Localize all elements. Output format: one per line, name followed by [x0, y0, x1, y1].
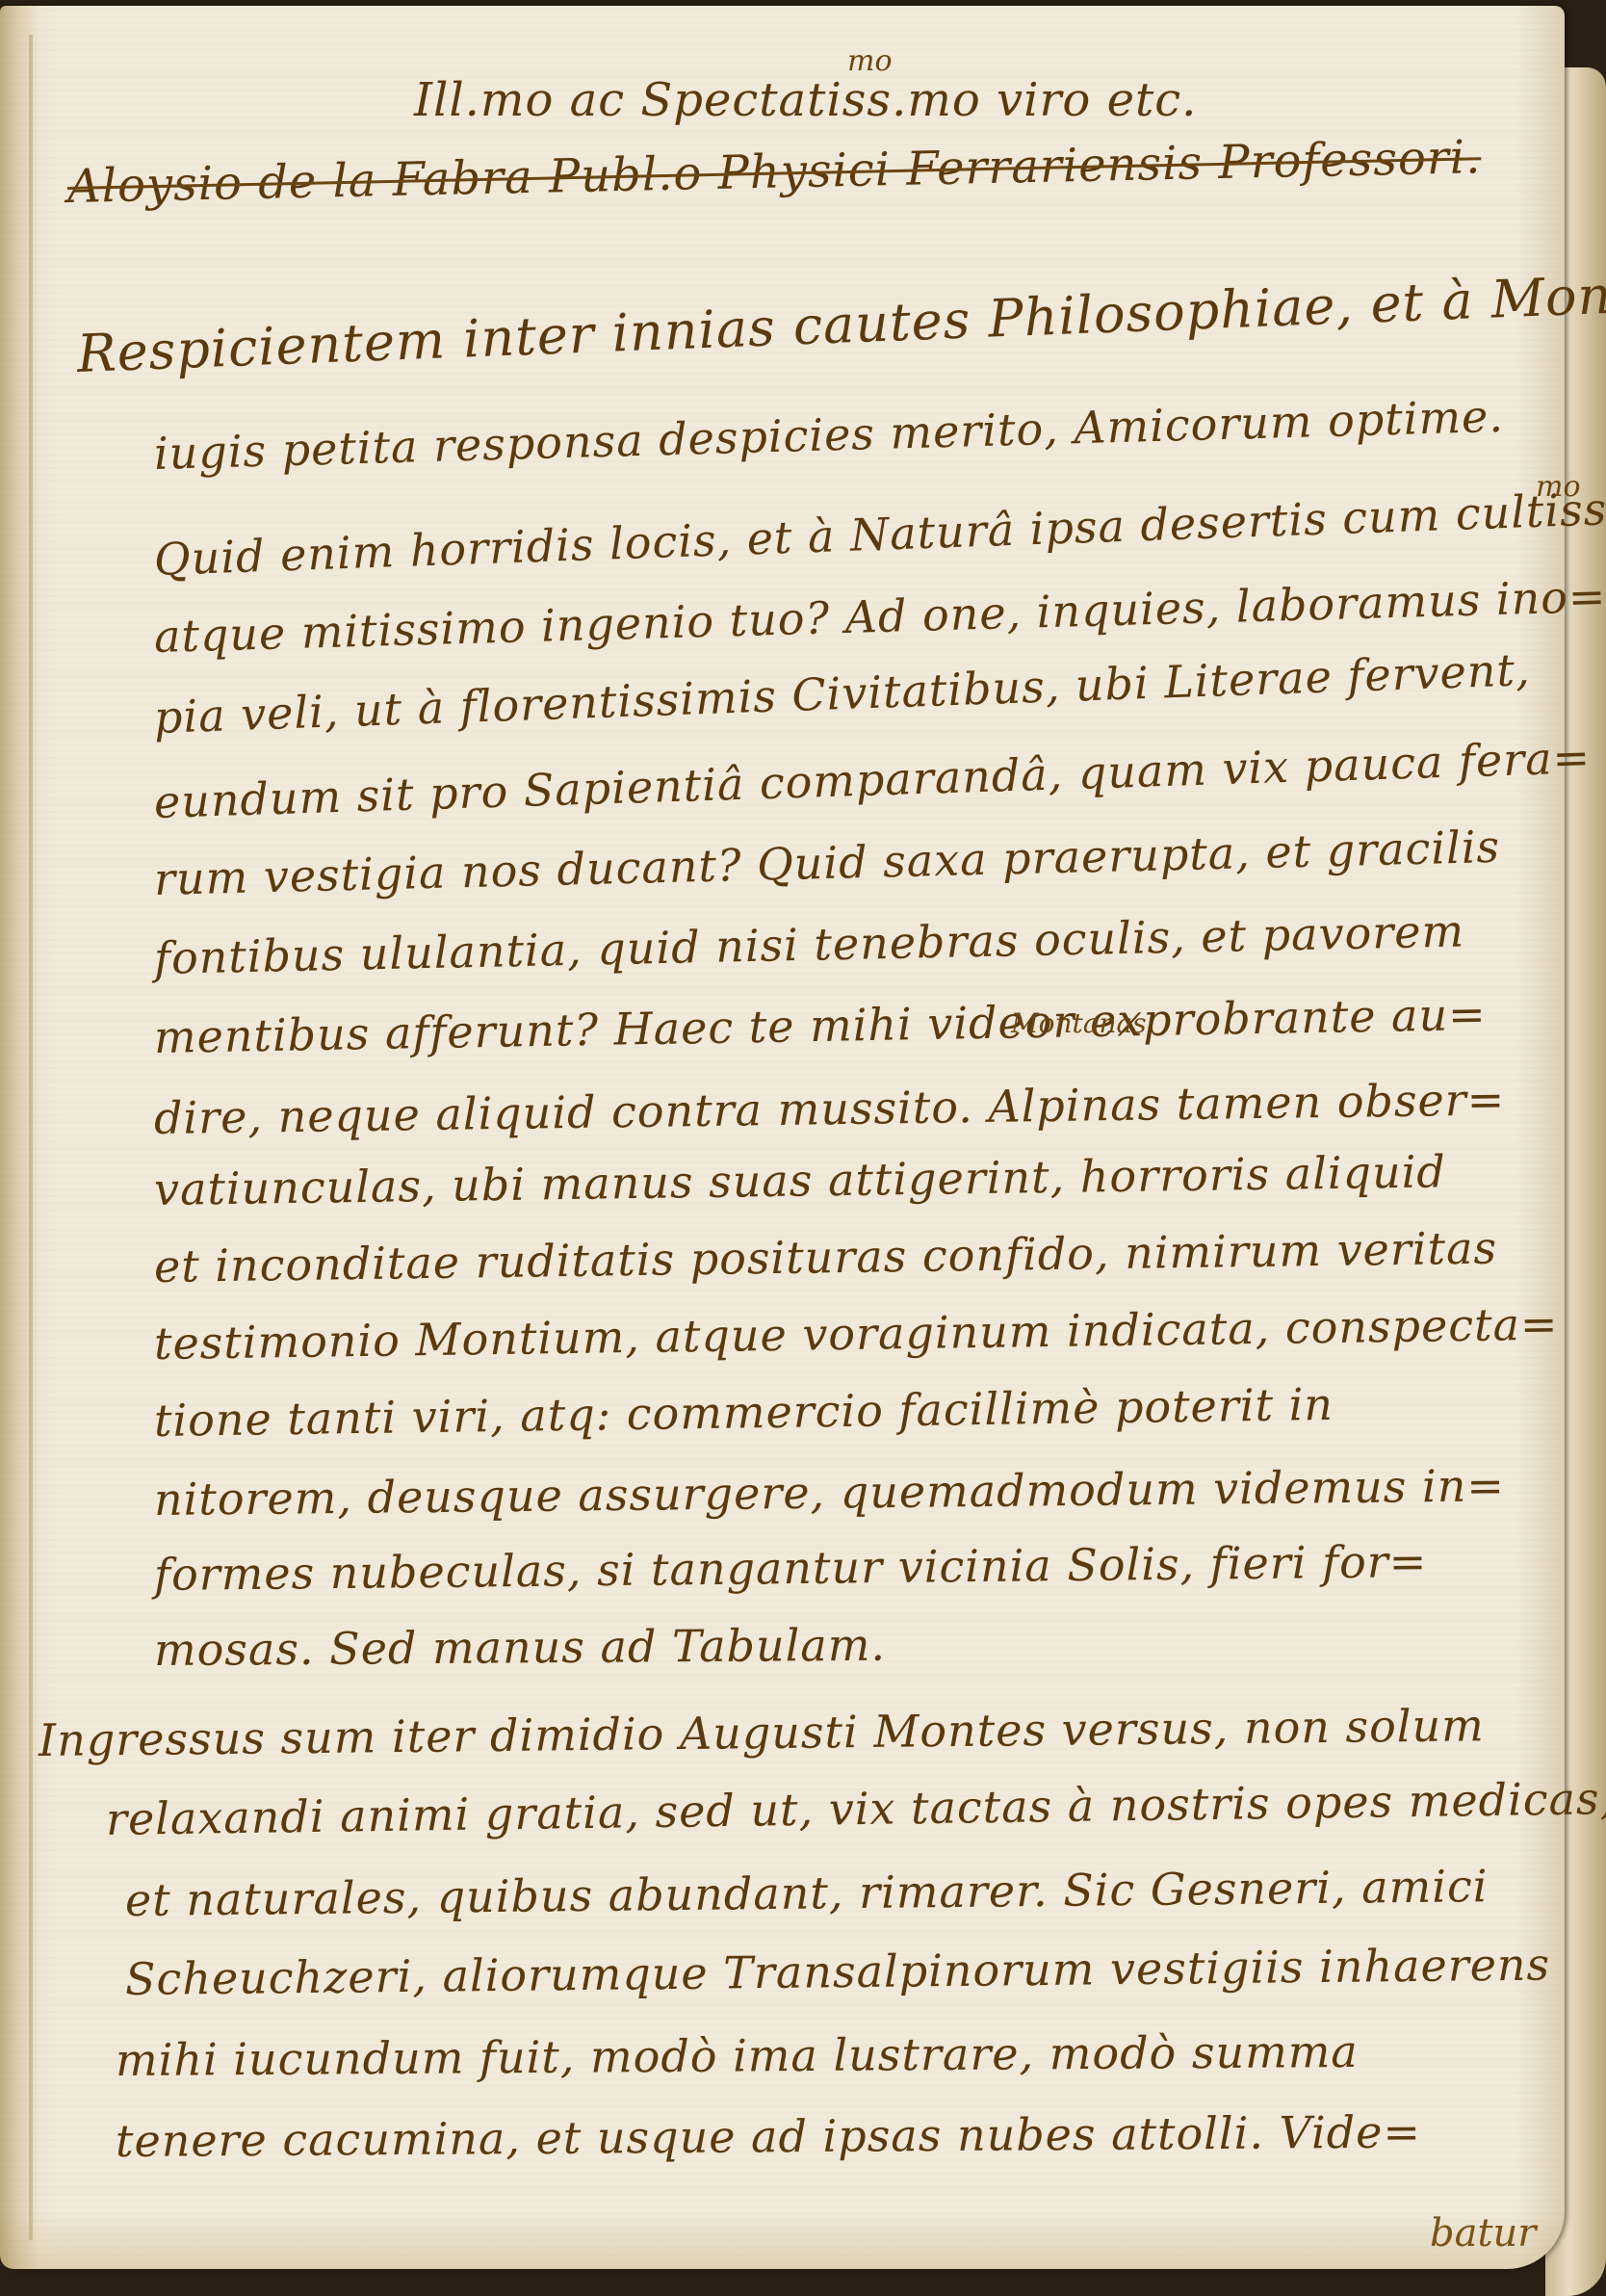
manuscript-page: Ill.mo ac Spectatiss.mo viro etc. mo Alo…: [0, 6, 1565, 2269]
body-line-14: tione tanti viri, atq: commercio facilli…: [154, 1378, 1334, 1447]
body-line-2: iugis petita responsa despicies merito, …: [153, 390, 1504, 480]
body-line-7: rum vestigia nos ducant? Quid saxa praer…: [153, 821, 1500, 905]
body-line-5: pia veli, ut à florentissimis Civitatibu…: [153, 643, 1531, 744]
body-line-22: mihi iucundum fuit, modò ima lustrare, m…: [116, 2025, 1359, 2086]
body-line-6: eundum sit pro Sapientiâ comparandâ, qua…: [153, 731, 1592, 828]
body-line-19: relaxandi animi gratia, sed ut, vix tact…: [106, 1772, 1606, 1845]
body-line-9: mentibus afferunt? Haec te mihi videor e…: [154, 988, 1488, 1063]
body-line-3: Quid enim horridis locis, et à Naturâ ip…: [153, 483, 1606, 586]
body-line-11: vatiunculas, ubi manus suas attigerint, …: [154, 1145, 1447, 1215]
body-line-20: et naturales, quibus abundant, rimarer. …: [125, 1860, 1489, 1926]
manuscript-frame: Ill.mo ac Spectatiss.mo viro etc. mo Alo…: [0, 0, 1606, 2296]
body-line-23: tenere cacumina, et usque ad ipsas nubes…: [116, 2106, 1421, 2167]
struck-address-line: Aloysio de la Fabra Publ.o Physici Ferra…: [66, 130, 1481, 214]
body-line-10: dire, neque aliquid contra mussito. Alpi…: [154, 1073, 1506, 1144]
body-line-17: mosas. Sed manus ad Tabulam.: [154, 1619, 886, 1676]
catchword: batur: [1430, 2211, 1536, 2256]
line-3-superscript: mo: [1536, 470, 1581, 504]
body-line-13: testimonio Montium, atque voraginum indi…: [154, 1298, 1559, 1370]
body-line-1: Respicientem inter innias cautes Philoso…: [76, 260, 1606, 384]
interlinear-insert: Montanas: [1011, 1007, 1147, 1039]
body-line-18: Ingressus sum iter dimidio Augusti Monte…: [39, 1699, 1485, 1766]
body-line-8: fontibus ululantia, quid nisi tenebras o…: [153, 904, 1464, 983]
manuscript-text: Ill.mo ac Spectatiss.mo viro etc. mo Alo…: [0, 6, 1565, 2269]
body-line-12: et inconditae ruditatis posituras confid…: [154, 1222, 1498, 1292]
body-line-15: nitorem, deusque assurgere, quemadmodum …: [154, 1459, 1505, 1526]
body-line-21: Scheuchzeri, aliorumque Transalpinorum v…: [125, 1939, 1551, 2005]
body-line-16: formes nubeculas, si tangantur vicinia S…: [154, 1535, 1428, 1601]
salutation-superscript: mo: [847, 44, 893, 78]
salutation: Ill.mo ac Spectatiss.mo viro etc.: [414, 73, 1197, 127]
